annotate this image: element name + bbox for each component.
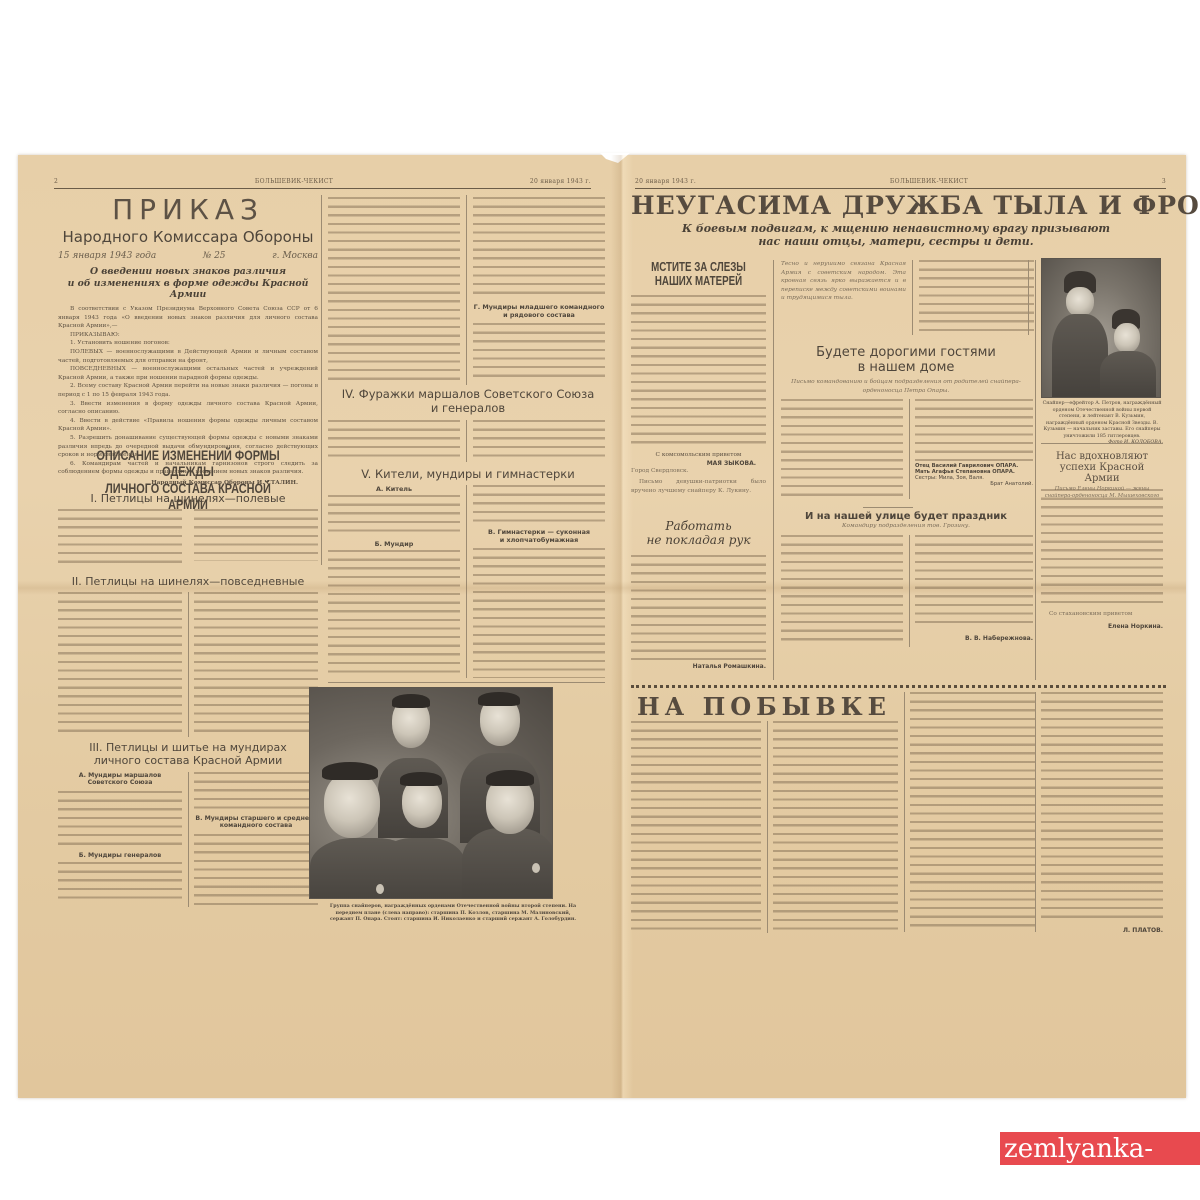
senior-uniform-text [194,834,318,906]
work-article-text [631,555,766,660]
work-article-author: Наталья Ромашкина. [631,663,766,670]
guests-signatures: Отец Василий Гаврилович ОПАРА. Мать Агаф… [915,463,1033,487]
on-leave-text [773,721,898,931]
section-iv-heading: IV. Фуражки маршалов Советского Союза и … [328,387,608,415]
order-heading-2: и об изменениях в форме одежды Красной А… [58,278,318,300]
order-number: № 25 [203,251,226,261]
holiday-article-author: В. В. Набережнова. [915,635,1033,642]
avenge-text [631,295,766,447]
column-rule [1035,692,1036,932]
photo-rule [328,682,605,683]
soldiers-photo-caption: Снайпер—ефрейтор А. Петров, награждённый… [1041,401,1163,447]
snipers-group-photo [309,687,553,899]
column-rule [909,399,910,499]
column-rule [321,195,322,565]
order-title: ПРИКАЗ [58,193,318,226]
holiday-article-text [781,535,903,645]
generals-uniform-subheading: Б. Мундиры генералов [58,852,182,859]
inspire-signature: Со стахановским приветом Елена Норкина. [1041,610,1163,630]
order-item: 2. Всему составу Красной Армии перейти н… [58,382,318,399]
on-leave-text [910,692,1035,932]
section-ii-text [58,592,182,734]
section-iv-text [473,420,605,462]
issue-date: 20 января 1943 г. [635,178,696,185]
on-leave-text [631,721,761,931]
gymnastyorka-text [473,548,605,678]
inspire-article-text [1041,489,1163,609]
newspaper-spread: 2 БОЛЬШЕВИК-ЧЕКИСТ 20 января 1943 г. ПРИ… [18,155,1186,1098]
work-article-heading: Работать не покладая рук [631,519,766,547]
column-rule [188,592,189,737]
section-i-heading: I. Петлицы на шинелях—полевые [58,492,318,505]
intro-text-2 [919,260,1034,332]
column-rule [909,535,910,647]
junior-uniforms-text [473,323,605,383]
section-separator [631,685,1166,688]
gymnastyorka-subheading: В. Гимнастерки — суконная и хлопчатобума… [473,528,605,544]
on-leave-author: Л. ПЛАТОВ. [1041,927,1163,934]
holiday-article-text [915,535,1033,627]
marshals-uniform-text [58,791,182,847]
page-number: 2 [54,178,58,185]
section-i-text [58,509,182,569]
column-rule [904,692,905,932]
order-item: ПОЛЕВЫХ — военнослужащими в Действующей … [58,348,318,365]
front-headline: НЕУГАСИМА ДРУЖБА ТЫЛА И ФРОНТА К боевым … [631,191,1161,248]
order-date: 15 января 1943 года [58,251,156,261]
newspaper-name: БОЛЬШЕВИК-ЧЕКИСТ [890,178,968,185]
left-page: 2 БОЛЬШЕВИК-ЧЕКИСТ 20 января 1943 г. ПРИ… [18,155,611,1098]
order-item: 1. Установить ношение погонов: [58,339,318,348]
column-rule [188,772,189,907]
marshals-uniform-subheading: А. Мундиры маршалов Советского Союза [58,772,182,786]
column-rule [773,260,774,680]
kitel-text [328,495,460,537]
order-article: ПРИКАЗ Народного Комиссара Обороны 15 ян… [58,193,318,487]
holiday-article-heading: И на нашей улице будет праздник Командир… [781,511,1031,531]
guests-article-text [915,399,1033,461]
order-subtitle: Народного Комиссара Обороны [58,228,318,246]
continued-text-column [328,197,460,382]
page-number: 3 [1162,178,1166,185]
section-i-text [194,509,318,561]
right-masthead: 20 января 1943 г. БОЛЬШЕВИК-ЧЕКИСТ 3 [635,175,1166,189]
column-rule [1028,260,1029,335]
column-rule [1035,260,1036,680]
section-ii-text [194,592,318,737]
newspaper-name: БОЛЬШЕВИК-ЧЕКИСТ [255,178,333,185]
continued-text-column [473,197,605,300]
site-watermark: zemlyanka-v.ru [1000,1132,1200,1165]
guests-article-text [781,399,903,499]
order-place: г. Москва [272,251,318,261]
avenge-signature: С комсомольским приветом МАЯ ЗЫКОВА. Гор… [631,451,766,495]
senior-uniform-subheading: В. Мундиры старшего и среднего командног… [194,815,318,829]
kitel-text-2 [473,485,605,525]
issue-date: 20 января 1943 г. [530,178,591,185]
generals-uniform-text [58,862,182,904]
on-leave-text [1041,692,1163,922]
kitel-subheading: А. Китель [328,485,460,493]
order-item: 4. Ввести в действие «Правила ношения фо… [58,417,318,434]
column-rule [466,195,467,385]
column-rule [912,260,913,335]
avenge-article: МСТИТЕ ЗА СЛЕЗЫ НАШИХ МАТЕРЕЙ [631,260,766,288]
section-iv-text [328,420,460,462]
order-heading-1: О введении новых знаков различия [58,266,318,277]
order-item: ПОВСЕДНЕВНЫХ — военнослужащими остальных… [58,365,318,382]
order-intro: В соответствии с Указом Президиума Верхо… [58,305,318,331]
order-item: 3. Ввести изменения в форму одежды лично… [58,400,318,417]
right-page: 20 января 1943 г. БОЛЬШЕВИК-ЧЕКИСТ 3 НЕУ… [623,155,1186,1098]
section-v-heading: V. Кители, мундиры и гимнастерки [328,467,608,481]
on-leave-heading: НА ПОБЫВКЕ [637,692,867,721]
order-meta: 15 января 1943 года № 25 г. Москва [58,251,318,261]
order-command: ПРИКАЗЫВАЮ: [70,331,318,340]
left-masthead: 2 БОЛЬШЕВИК-ЧЕКИСТ 20 января 1943 г. [54,175,591,189]
mundir-text [328,550,460,678]
intro-text: Тесно и нерушимо связана Красная Армия с… [781,260,906,303]
divider [1041,443,1163,444]
junior-uniforms-heading: Г. Мундиры младшего командного и рядовог… [473,303,605,319]
soldiers-photo [1041,258,1161,398]
section-iii-heading: III. Петлицы и шитье на мундирах личного… [58,741,318,767]
column-rule [466,420,467,462]
divider [863,507,913,508]
mundir-subheading: Б. Мундир [328,540,460,548]
column-rule [767,721,768,933]
section-iii-text [194,772,318,810]
photo-caption: Группа снайперов, награждённых орденами … [328,903,578,923]
guests-article-heading: Будете дорогими гостями в нашем доме Пис… [781,345,1031,395]
